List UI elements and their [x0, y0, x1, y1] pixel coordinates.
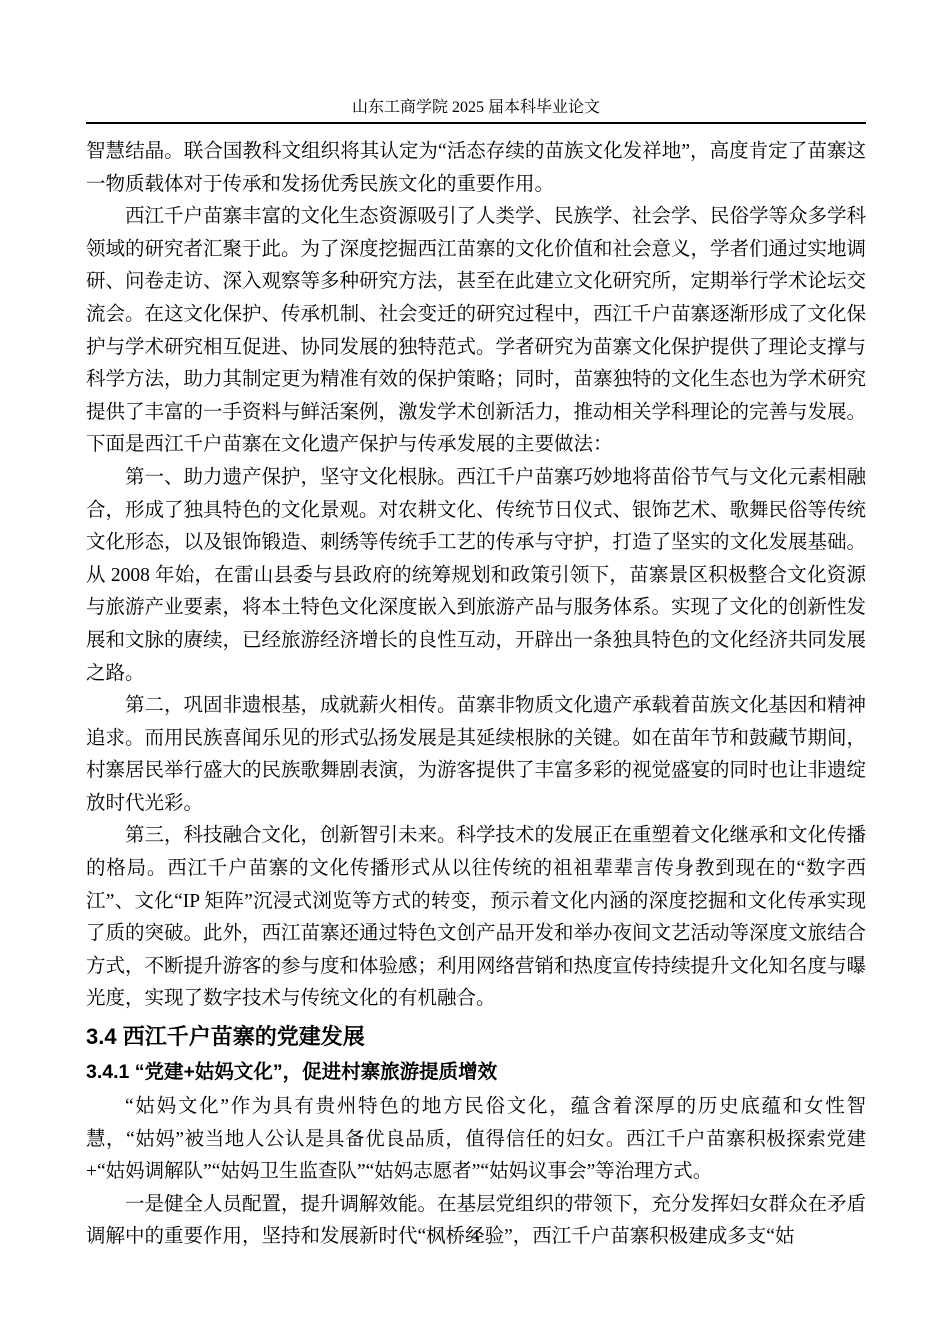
paragraph-second-intangible-heritage: 第二，巩固非遗根基，成就薪火相传。苗寨非物质文化遗产承载着苗族文化基因和精神追求…	[86, 690, 866, 820]
page-content: 智慧结晶。联合国教科文组织将其认定为“活态存续的苗族文化发祥地”，高度肯定了苗寨…	[86, 136, 866, 1254]
page-number: 4	[0, 1226, 950, 1246]
paragraph-continuation: 智慧结晶。联合国教科文组织将其认定为“活态存续的苗族文化发祥地”，高度肯定了苗寨…	[86, 136, 866, 201]
paragraph-guma-culture: “姑妈文化”作为具有贵州特色的地方民俗文化，蕴含着深厚的历史底蕴和女性智慧，“姑…	[86, 1091, 866, 1189]
running-head: 山东工商学院 2025 届本科毕业论文	[86, 99, 866, 124]
subsection-heading-3-4-1: 3.4.1 “党建+姑妈文化”，促进村寨旅游提质增效	[86, 1056, 866, 1088]
paragraph-third-technology-culture: 第三，科技融合文化，创新智引未来。科学技术的发展正在重塑着文化继承和文化传播的格…	[86, 820, 866, 1016]
thesis-page: 山东工商学院 2025 届本科毕业论文 智慧结晶。联合国教科文组织将其认定为“活…	[0, 0, 950, 1344]
paragraph-research-resources: 西江千户苗寨丰富的文化生态资源吸引了人类学、民族学、社会学、民俗学等众多学科领域…	[86, 201, 866, 462]
section-heading-3-4: 3.4 西江千户苗寨的党建发展	[86, 1020, 866, 1054]
paragraph-first-heritage-protection: 第一、助力遗产保护，坚守文化根脉。西江千户苗寨巧妙地将苗俗节气与文化元素相融合，…	[86, 462, 866, 690]
